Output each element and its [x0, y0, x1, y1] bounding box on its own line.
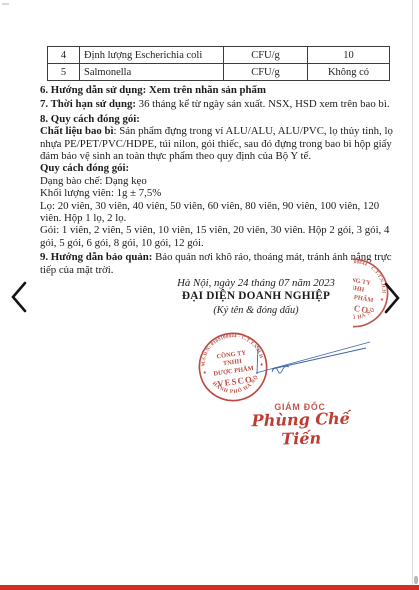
- sachet-packaging: Gói: 1 viên, 2 viên, 5 viên, 10 viên, 15…: [40, 224, 394, 249]
- section-9-storage: 9. Hướng dẫn bảo quản: Bảo quản nơi khô …: [40, 251, 394, 276]
- table-cell-no: 4: [48, 47, 80, 64]
- table-row: 5 Salmonella CFU/g Không có: [48, 64, 390, 81]
- table-cell-value: 10: [308, 47, 390, 64]
- table-cell-value: Không có: [308, 64, 390, 81]
- pen-signature-icon: [246, 330, 376, 380]
- bottom-red-bar: [0, 585, 419, 590]
- representative-title: ĐẠI DIỆN DOANH NGHIỆP: [148, 290, 364, 302]
- table-cell-no: 5: [48, 64, 80, 81]
- table-cell-unit: CFU/g: [224, 64, 308, 81]
- document-page: 4 Định lượng Escherichia coli CFU/g 10 5…: [0, 0, 419, 590]
- director-signature-name: Phùng Chế Tiến: [246, 409, 357, 450]
- section-6-usage: 6. Hướng dẫn sử dụng: Xem trên nhãn sản …: [40, 84, 394, 96]
- section-7-label: 7. Thời hạn sử dụng:: [40, 98, 136, 110]
- section-7-shelf-life: 7. Thời hạn sử dụng: 36 tháng kể từ ngày…: [40, 98, 394, 110]
- signing-block: Hà Nội, ngày 24 tháng 07 năm 2023 ĐẠI DI…: [148, 277, 364, 316]
- dosage-form: Dạng bào chế: Dạng kẹo: [40, 175, 394, 187]
- svg-text:TNHH: TNHH: [223, 358, 243, 368]
- section-9-label: 9. Hướng dẫn bảo quản:: [40, 251, 152, 263]
- packaging-material: Chất liệu bao bì: Sản phẩm đựng trong vỉ…: [40, 125, 394, 162]
- spec-table: 4 Định lượng Escherichia coli CFU/g 10 5…: [47, 46, 390, 81]
- table-row: 4 Định lượng Escherichia coli CFU/g 10: [48, 47, 390, 64]
- scrollbar-thumb[interactable]: [414, 576, 418, 584]
- table-cell-name: Định lượng Escherichia coli: [80, 47, 224, 64]
- table-cell-unit: CFU/g: [224, 47, 308, 64]
- jar-packaging: Lọ: 20 viên, 30 viên, 40 viên, 50 viên, …: [40, 200, 394, 225]
- next-page-chevron-icon[interactable]: [381, 281, 403, 315]
- packaging-spec-label: Quy cách đóng gói:: [40, 162, 394, 174]
- table-cell-name: Salmonella: [80, 64, 224, 81]
- scan-artifact: [2, 3, 9, 5]
- packaging-material-label: Chất liệu bao bì: [40, 125, 114, 137]
- star-icon: ★: [202, 370, 207, 376]
- section-8-heading: 8. Quy cách đóng gói:: [40, 113, 394, 125]
- tablet-weight: Khối lượng viên: 1g ± 7,5%: [40, 187, 394, 199]
- sign-note: (Ký tên & đóng dấu): [148, 305, 364, 316]
- document-body: 6. Hướng dẫn sử dụng: Xem trên nhãn sản …: [40, 84, 394, 276]
- prev-page-chevron-icon[interactable]: [8, 280, 30, 314]
- date-line: Hà Nội, ngày 24 tháng 07 năm 2023: [148, 277, 364, 289]
- section-7-text: 36 tháng kể từ ngày sản xuất. NSX, HSD x…: [136, 98, 390, 110]
